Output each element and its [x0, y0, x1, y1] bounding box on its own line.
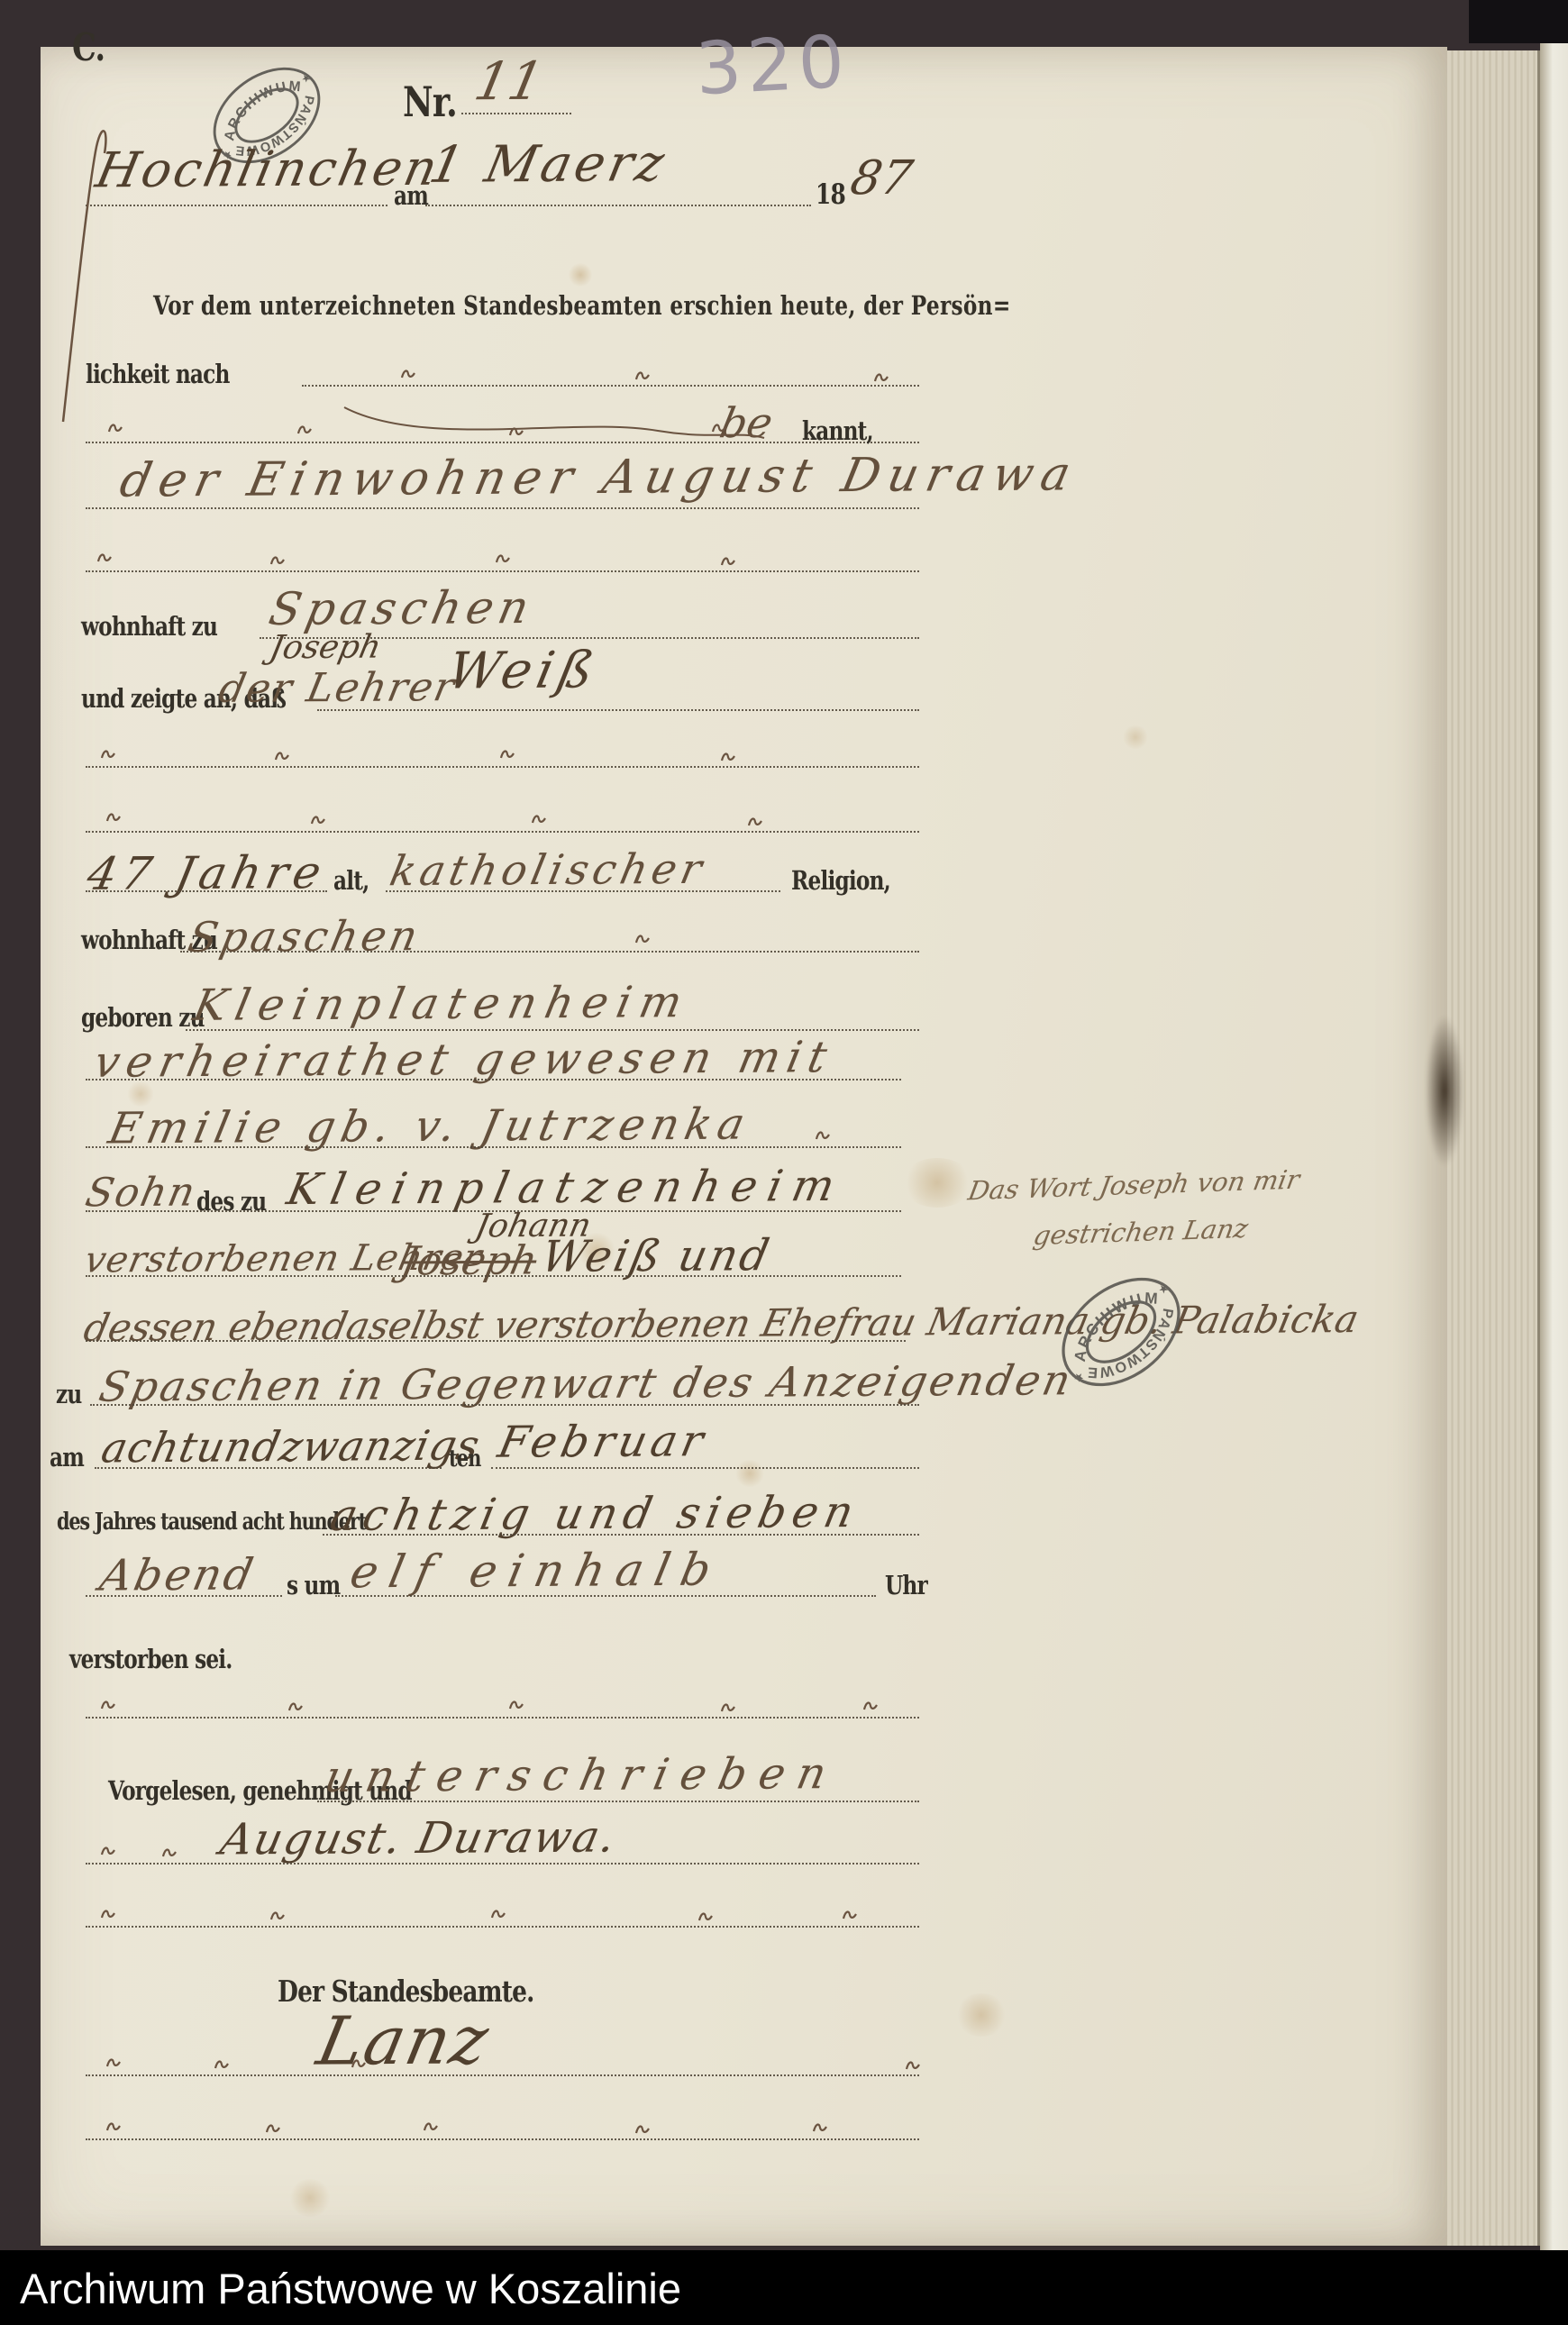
death-zu-label: zu [56, 1379, 81, 1409]
blank-rule [86, 1926, 919, 1928]
death-place: Spaschen in Gegenwart des Anzeigenden [96, 1355, 1078, 1411]
death-month-rule [491, 1467, 919, 1469]
year-label: des Jahres tausend acht hundert [57, 1509, 366, 1536]
ink-blot [1426, 1017, 1463, 1165]
binding-shadow [1469, 0, 1568, 43]
blank-rule [86, 570, 919, 572]
age-label: alt, [333, 865, 369, 896]
death-am-label: am [50, 1442, 84, 1472]
time-rule-b [335, 1595, 876, 1597]
father-rule [86, 1275, 901, 1277]
s-um-label: s um [287, 1570, 340, 1600]
uhr-label: Uhr [885, 1570, 927, 1600]
ten-label: ten [449, 1445, 481, 1472]
archival-scan: C. ARCHIWUM PAŃSTWOWE ★ ★ Nr. 11 320 Hoc… [0, 0, 1568, 2325]
read-completion-hw: unterschrieben [321, 1748, 843, 1802]
place-rule [86, 205, 387, 206]
death-month: Februar [494, 1416, 712, 1468]
blank-rule [86, 1717, 919, 1719]
born-label: geboren zu [81, 1002, 205, 1033]
death-day-rule [95, 1467, 442, 1469]
am-label: am [394, 180, 428, 211]
declarant-signature: August. Durawa. [216, 1811, 622, 1865]
registry-place: Hochlinchen [91, 140, 444, 199]
residence-1: Spaschen [265, 581, 539, 635]
book-page-edges [1447, 50, 1540, 2246]
death-place-rule [90, 1404, 919, 1406]
intro-line-2: lichkeit nach [86, 359, 230, 389]
father-name-corrected: Johann [472, 1208, 595, 1245]
resident-label-1: wohnhaft zu [81, 611, 217, 642]
next-page-edge [1540, 38, 1568, 2251]
form-letter: C. [72, 25, 105, 69]
blank-rule [86, 766, 919, 768]
signature-rule-2 [86, 2074, 919, 2076]
declarant-rule [86, 507, 919, 509]
known-label: kannt, [802, 415, 873, 446]
deceased-surname: Weiß [442, 641, 604, 700]
birthplace: Kleinplatenheim [189, 977, 696, 1031]
time-rule-a [86, 1595, 282, 1597]
died-label: verstorben sei. [69, 1644, 232, 1674]
known-rule [86, 442, 919, 443]
age-rule [86, 890, 327, 892]
nr-label: Nr. [403, 77, 457, 126]
pencil-page-number: 320 [694, 20, 852, 112]
religion-label: Religion, [791, 865, 890, 896]
religion-value: katholischer [386, 844, 710, 895]
death-day: achtundzwanzigs [97, 1421, 484, 1472]
death-year-rule [323, 1534, 919, 1536]
known-completion-hw: be [716, 398, 777, 447]
deceased-occupation: der Lehrer [215, 664, 460, 712]
identity-rule [302, 385, 919, 387]
marital-rule [86, 1079, 901, 1080]
blank-rule [86, 831, 919, 833]
archive-name: Archiwum Państwowe w Koszalinie [20, 2264, 681, 2313]
father-name-struck: Joseph [397, 1237, 542, 1284]
record-number: 11 [469, 50, 549, 113]
date-rule [425, 205, 811, 206]
religion-rule [386, 890, 780, 892]
death-hour: elf einhalb [346, 1544, 727, 1599]
star-icon: ★ [1071, 1370, 1087, 1387]
year-written: 87 [846, 151, 917, 205]
time-of-day: Abend [96, 1549, 260, 1600]
year-printed: 18 [816, 178, 845, 211]
inserted-first-name: Joseph [267, 629, 385, 667]
record-date: 1 Maerz [424, 134, 672, 195]
blank-rule [86, 2138, 919, 2140]
mother-rule [86, 1340, 906, 1342]
archive-oval-stamp: ARCHIWUM PAŃSTWOWE ★ ★ [1053, 1263, 1190, 1400]
registrar-signature: Lanz [311, 2001, 497, 2080]
residence-2: Spaschen [184, 911, 425, 962]
declarant-name: der Einwohner August Durawa [115, 447, 1083, 507]
intro-line-1: Vor dem unterzeichneten Standesbeamten e… [153, 290, 1011, 321]
spouse-rule [86, 1146, 901, 1148]
nr-rule [461, 113, 571, 114]
signature-rule-1 [86, 1863, 919, 1865]
son-hw: Sohn [82, 1170, 201, 1217]
